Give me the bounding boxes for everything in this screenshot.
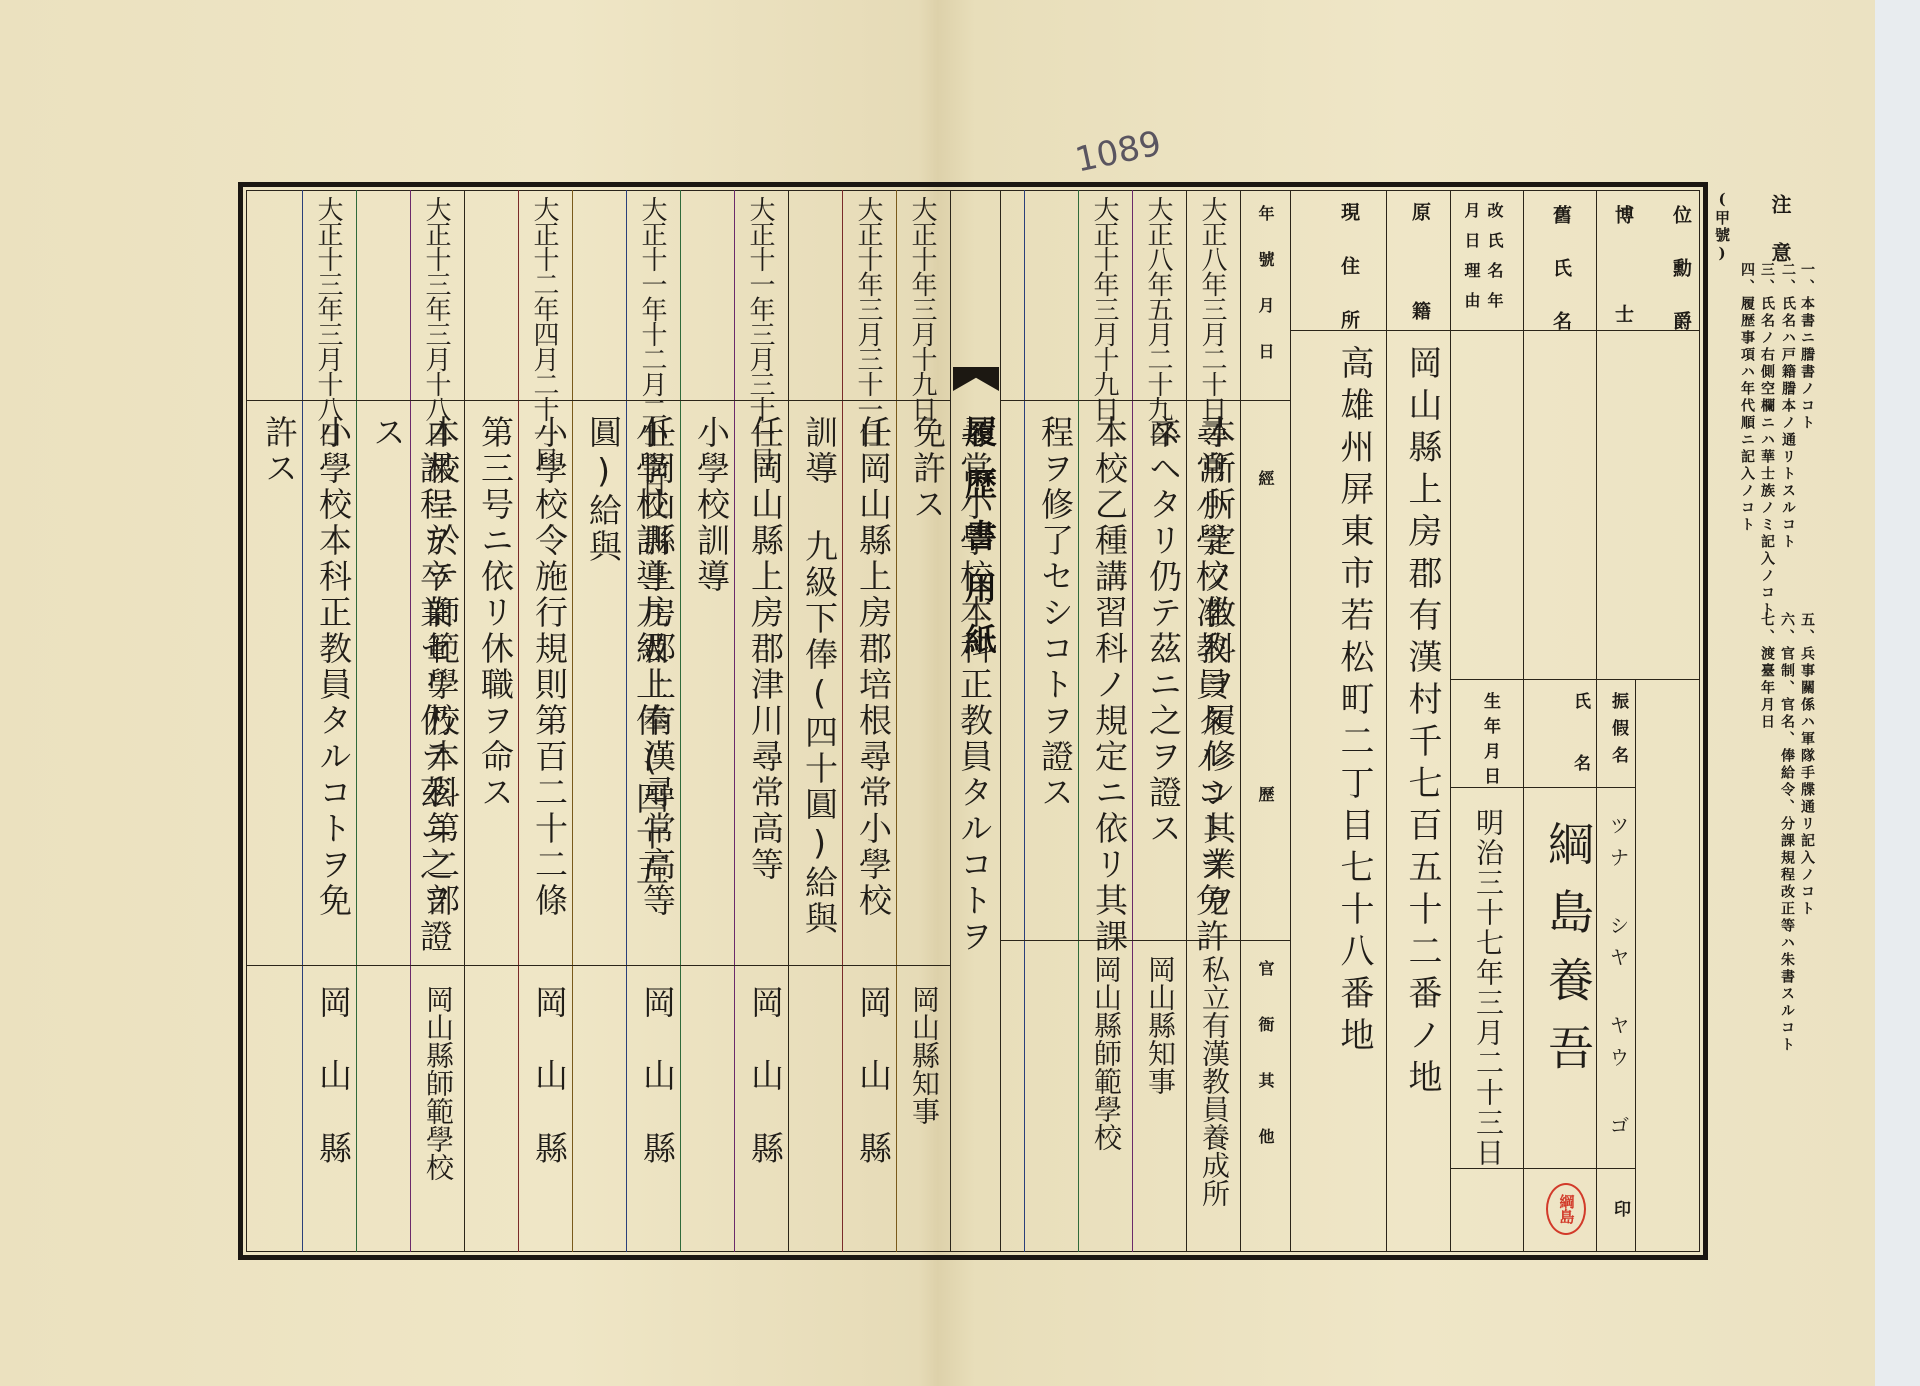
reading-value: ツナ シヤ ヤウ ゴ: [1604, 815, 1633, 1147]
divider: [1450, 1168, 1635, 1169]
row-divider: [246, 965, 950, 966]
domicile-value: 岡山縣上房郡有漢村千七百五十二番ノ地: [1398, 345, 1447, 1101]
history-career-line: 任岡山縣上房郡津川尋常高等: [742, 415, 789, 883]
note-2: 二、氏名ハ戸籍謄本ノ通リトスルコト: [1778, 262, 1798, 551]
history-career-line: 小學校訓導: [688, 415, 735, 595]
label-birth-date: 生年月日: [1478, 692, 1503, 792]
note-4: 四、履歴事項ハ年代順ニ記入ノコト: [1737, 262, 1757, 534]
history-date: 大正八年三月二十日: [1194, 196, 1231, 421]
history-office: 岡山縣師範學校: [418, 985, 458, 1181]
note-7: 七、渡臺年月日: [1757, 612, 1777, 731]
divider: [1240, 400, 1290, 401]
history-career-line: 許ス: [256, 415, 303, 487]
history-office: 岡山縣: [526, 985, 573, 1204]
history-career-line: ノ課程ヲ卒業セリ仍テ茲ニ之ヲ證ス: [364, 415, 458, 955]
divider: [1523, 190, 1524, 680]
note-6: 六、官制、官名、俸給令、分課規程改正等ハ朱書スルコト: [1777, 612, 1797, 1054]
label-history-office: 官衙其他: [1254, 960, 1277, 1184]
column-rule: [302, 190, 303, 1252]
history-date: 大正十三年三月十八日: [418, 196, 455, 446]
history-office: 岡山縣: [310, 985, 357, 1204]
label-reading: 振假名: [1606, 692, 1631, 773]
history-office: 岡山縣知事: [1140, 955, 1180, 1095]
history-office: 岡山縣: [634, 985, 681, 1204]
divider: [1635, 680, 1636, 1252]
history-career-line: 任岡山縣上房郡培根尋常小學校: [850, 415, 897, 919]
history-date: 大正十年三月十九日: [904, 196, 941, 421]
personal-seal-stamp: 綱島: [1546, 1183, 1586, 1235]
history-date: 大正十三年三月十八日: [310, 196, 347, 446]
history-office: 岡山縣: [850, 985, 897, 1204]
label-history-date: 年號月日: [1254, 205, 1277, 389]
history-career-line: 尋常小學校本科正教員タルコトヲ免許ス: [904, 415, 998, 955]
divider: [1290, 190, 1291, 1252]
history-career-line: 小學校本科正教員タルコトヲ免: [310, 415, 357, 919]
history-career-line: 程ヲ修了セシコトヲ證ス: [1032, 415, 1079, 811]
label-residence: 現住所: [1336, 202, 1363, 364]
history-office: 岡山縣知事: [904, 985, 944, 1125]
history-career-line: 第三号ニ依リ休職ヲ命ス: [472, 415, 519, 811]
divider: [1450, 190, 1451, 1252]
residence-value: 高雄州屏東市若松町二丁目七十八番地: [1330, 345, 1379, 1059]
row-divider: [246, 400, 950, 401]
divider: [1596, 190, 1597, 1252]
column-rule: [734, 190, 735, 1252]
history-career-line: 訓導 九級下俸(四十圓)給與: [796, 415, 843, 937]
note-3: 三、氏名ノ右側空欄ニハ華士族ノミ記入ノコト: [1757, 262, 1777, 619]
name-value: 綱島養吾: [1535, 820, 1601, 1092]
history-date: 大正八年五月二十九日: [1140, 196, 1177, 446]
label-name-change: 改氏名年月日理由: [1460, 202, 1506, 322]
history-office: 私立有漢教員養成所: [1194, 955, 1234, 1207]
column-rule: [1024, 190, 1025, 1252]
birth-date-value: 明治三十七年三月二十三日: [1468, 808, 1508, 1168]
history-office: 岡山縣: [742, 985, 789, 1204]
history-date: 大正十年三月三十一日: [850, 196, 887, 446]
label-name: 氏名: [1568, 692, 1593, 816]
history-date: 大正十年三月十九日: [1086, 196, 1123, 421]
divider: [1386, 190, 1387, 1252]
history-career-line: 尋常小學校准教員タルコトヲ免許ス: [1140, 415, 1234, 955]
label-doctorate: 博士: [1610, 205, 1637, 403]
note-1: 一、本書ニ謄書ノコト: [1797, 262, 1817, 432]
history-career-line: 小學校令施行規則第百二十二條: [526, 415, 573, 919]
label-seal: 印: [1608, 1200, 1633, 1239]
divider: [1523, 680, 1524, 1252]
label-rank-honors: 位勳爵: [1668, 205, 1695, 364]
history-office: 岡山縣師範學校: [1086, 955, 1126, 1151]
divider: [1000, 190, 1001, 1252]
history-career-line: 小學校訓導九級上俸(四十五圓)給與: [580, 415, 674, 955]
divider: [1450, 679, 1700, 680]
history-career-line: 本校乙種講習科ノ規定ニ依リ其課: [1086, 415, 1133, 955]
form-number: (甲號): [1712, 190, 1733, 264]
scan-margin: [1875, 0, 1920, 1386]
label-former-name: 舊氏名: [1548, 205, 1575, 364]
note-5: 五、兵事關係ハ軍隊手牒通リ記入ノコト: [1797, 612, 1817, 918]
